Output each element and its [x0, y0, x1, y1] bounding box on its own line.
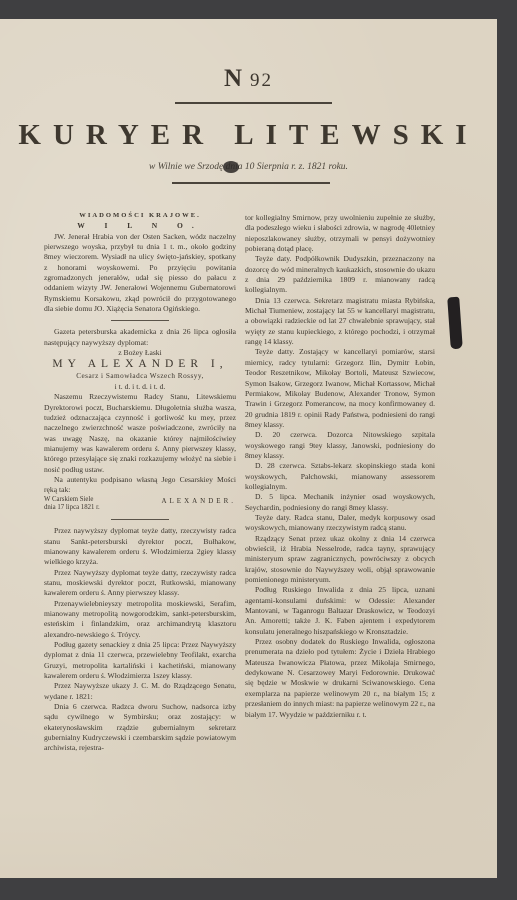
dateline: w Wilnie we Srzodę dnia 10 Sierpnia r. z… [0, 162, 497, 172]
article-paragraph: Teyże daty. Podpółkownik Dudyszkin, prze… [245, 254, 435, 295]
issue-number-value: 92 [250, 70, 273, 91]
seal-place: W Carskiem Sielednia 17 lipca 1821 r. [44, 496, 100, 514]
article-paragraph: Teyże datty. Zostający w kancellaryi pom… [245, 347, 435, 430]
masthead-rule-top [175, 102, 332, 104]
left-column: WIADOMOŚCI KRAJOWE. W I L N O. JW. Jener… [44, 211, 236, 754]
section-heading: WIADOMOŚCI KRAJOWE. [44, 211, 236, 221]
article-paragraph: Podług Ruskiego Inwalida z dnia 25 lipca… [245, 585, 435, 637]
decree-emperor-name: MY ALEXANDER I, [44, 358, 236, 371]
article-paragraph: Przez osobny dodatek do Ruskiego Inwalid… [245, 637, 435, 720]
article-paragraph: Rządzący Senat przez ukaz okolny z dnia … [245, 534, 435, 586]
article-paragraph: D. 20 czerwca. Dozorca Nitowskiego szpit… [245, 430, 435, 461]
newspaper-title: KURYER LITEWSKI [0, 119, 497, 152]
paper-texture [0, 808, 497, 878]
article-paragraph: Naszemu Rzeczywistemu Radcy Stanu, Litew… [44, 392, 236, 475]
article-paragraph: Przenaywielebnieyszy metropolita moskiew… [44, 599, 236, 640]
issue-number: N92 [0, 65, 497, 93]
article-paragraph: D. 28 czerwca. Sztabs-lekarz skopinskieg… [245, 461, 435, 492]
section-divider [111, 519, 169, 520]
decree-line: Cesarz i Samowładca Wszech Rossyy, [44, 371, 236, 381]
newspaper-page: N92 KURYER LITEWSKI w Wilnie we Srzodę d… [0, 19, 497, 878]
article-paragraph: Na autentyku podpisano własną Jego Cesar… [44, 475, 236, 496]
section-divider [111, 320, 169, 321]
decree-line: i t. d. i t. d. i t. d. [44, 382, 236, 392]
article-paragraph: Przez Naywyższe ukazy J. C. M. do Rządzą… [44, 681, 236, 702]
ink-stain [223, 161, 239, 173]
decree-line: z Bożey Łaski [44, 348, 236, 358]
article-paragraph: D. 5 lipca. Mechanik inżynier osad woysk… [245, 492, 435, 513]
article-paragraph: Podług gazety senackiey z dnia 25 lipca:… [44, 640, 236, 681]
article-paragraph: Przez Naywyższy dyplomat teyże datty, rz… [44, 568, 236, 599]
right-column: tor kollegialny Smirnow, przy uwolnieniu… [245, 213, 435, 720]
issue-number-prefix: N [224, 65, 244, 92]
article-paragraph: Dnia 6 czerwca. Radzca dworu Suchow, nad… [44, 702, 236, 754]
signature-name: ALEXANDER. [161, 496, 236, 514]
masthead-rule-bottom [172, 182, 330, 184]
article-paragraph: JW. Jenerał Hrabia von der Osten Sacken,… [44, 232, 236, 315]
article-paragraph: Dnia 13 czerwca. Sekretarz magistratu mi… [245, 296, 435, 348]
place-heading: W I L N O. [44, 221, 236, 231]
signature-line: W Carskiem Sielednia 17 lipca 1821 r. AL… [44, 496, 236, 514]
ink-stain [447, 297, 463, 350]
article-paragraph: Gazeta petersburska akademicka z dnia 26… [44, 327, 236, 348]
article-paragraph: Przez naywyższy dyplomat teyże datty, rz… [44, 526, 236, 567]
article-paragraph: Teyże daty. Radca stanu, Daler, medyk ko… [245, 513, 435, 534]
article-paragraph: tor kollegialny Smirnow, przy uwolnieniu… [245, 213, 435, 254]
